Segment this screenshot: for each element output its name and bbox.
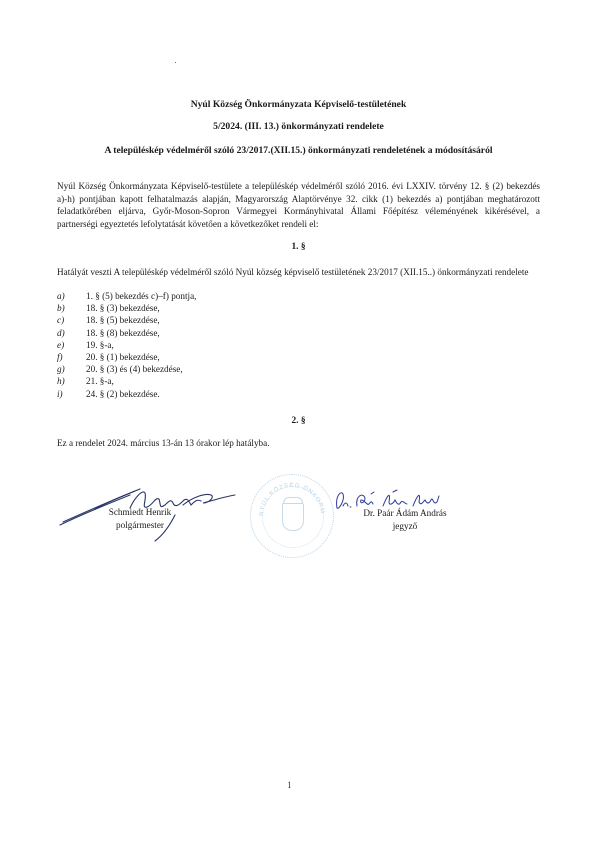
list-item-text: 18. § (3) bekezdése,: [86, 303, 160, 313]
list-item-label: g): [57, 363, 86, 375]
list-item: d)18. § (8) bekezdése,: [57, 327, 196, 339]
list-item: h)21. §-a,: [57, 375, 196, 387]
section-2-heading: 2. §: [57, 416, 540, 426]
list-item: a)1. § (5) bekezdés c)–f) pontja,: [57, 290, 196, 302]
council-title: Nyúl Község Önkormányzata Képviselő-test…: [57, 99, 540, 110]
mayor-name: Schmiedt Henrik: [75, 506, 205, 519]
list-item-label: d): [57, 327, 86, 339]
page-number: 1: [287, 780, 292, 790]
list-item-label: b): [57, 302, 86, 314]
preamble: Nyúl Község Önkormányzata Képviselő-test…: [57, 180, 540, 230]
list-item-text: 1. § (5) bekezdés c)–f) pontja,: [86, 291, 196, 301]
list-item: b)18. § (3) bekezdése,: [57, 302, 196, 314]
list-item-text: 20. § (1) bekezdése,: [86, 352, 160, 362]
scan-speck: [175, 62, 176, 63]
list-item: i)24. § (2) bekezdése.: [57, 388, 196, 400]
section-1-text: Hatályát veszti A településkép védelmérő…: [57, 266, 540, 279]
section-2-text: Ez a rendelet 2024. március 13-án 13 óra…: [57, 437, 540, 450]
list-item-label: c): [57, 314, 86, 326]
list-item: g)20. § (3) és (4) bekezdése,: [57, 363, 196, 375]
notary-signature-block: Dr. Paár Ádám András jegyző: [340, 507, 470, 533]
decree-number: 5/2024. (III. 13.) önkormányzati rendele…: [57, 121, 540, 132]
list-item-label: h): [57, 375, 86, 387]
list-item-text: 20. § (3) és (4) bekezdése,: [86, 364, 183, 374]
list-item-text: 19. §-a,: [86, 340, 114, 350]
decree-subject: A településkép védelméről szóló 23/2017.…: [57, 145, 540, 156]
document-page: Nyúl Község Önkormányzata Képviselő-test…: [0, 0, 595, 842]
notary-name: Dr. Paár Ádám András: [340, 507, 470, 520]
mayor-signature-block: Schmiedt Henrik polgármester: [75, 506, 205, 532]
list-item: f)20. § (1) bekezdése,: [57, 351, 196, 363]
mayor-title: polgármester: [75, 519, 205, 532]
repealed-provisions-list: a)1. § (5) bekezdés c)–f) pontja,b)18. §…: [57, 290, 196, 400]
section-1-heading: 1. §: [57, 242, 540, 252]
list-item-label: e): [57, 339, 86, 351]
notary-title: jegyző: [340, 520, 470, 533]
list-item-label: f): [57, 351, 86, 363]
list-item: c)18. § (5) bekezdése,: [57, 314, 196, 326]
list-item-label: i): [57, 388, 86, 400]
list-item: e)19. §-a,: [57, 339, 196, 351]
official-stamp: NYÚL KÖZSÉG ÖNKORMÁNYZATA: [250, 474, 334, 558]
list-item-text: 18. § (5) bekezdése,: [86, 315, 160, 325]
list-item-text: 24. § (2) bekezdése.: [86, 389, 160, 399]
list-item-text: 18. § (8) bekezdése,: [86, 328, 160, 338]
list-item-text: 21. §-a,: [86, 376, 114, 386]
coat-of-arms-icon: [282, 503, 304, 531]
list-item-label: a): [57, 290, 86, 302]
